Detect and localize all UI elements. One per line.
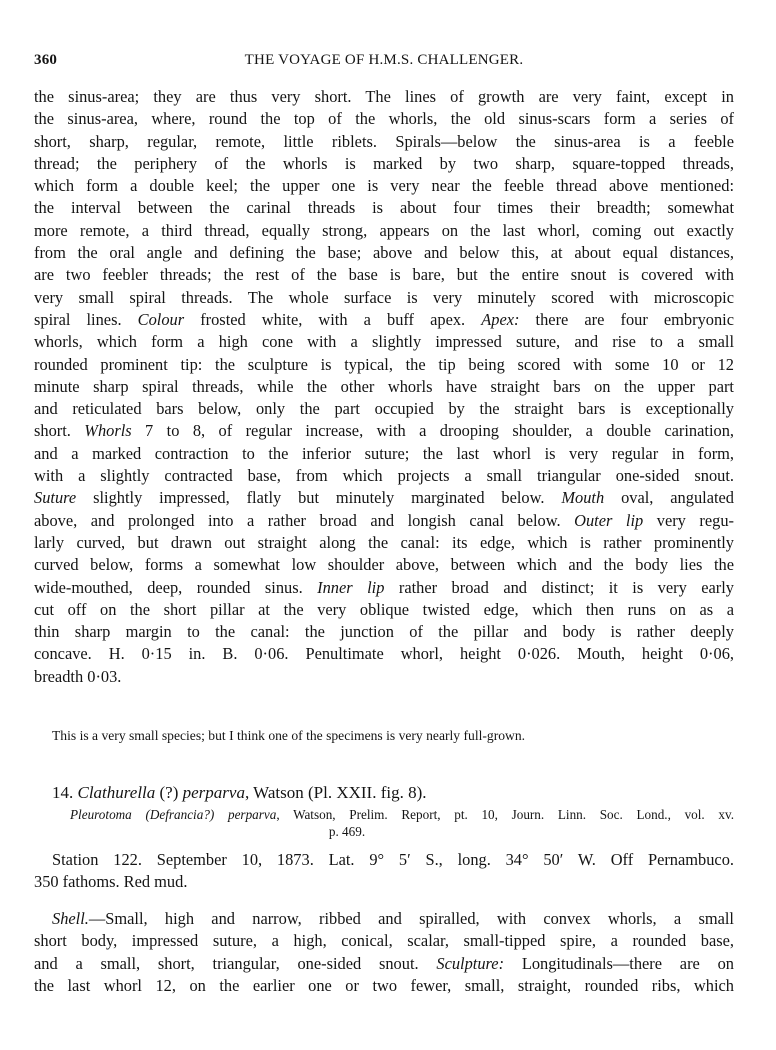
text-line: wide-mouthed, deep, rounded sinus. Inner… — [34, 577, 734, 599]
synonym-line: Pleurotoma (Defrancia?) perparva, Watson… — [70, 806, 734, 823]
synonym-epithet: perparva — [228, 807, 276, 822]
term-outer-lip: Outer lip — [574, 511, 643, 530]
text-line: short body, impressed suture, a high, co… — [34, 930, 734, 952]
term-whorls: Whorls — [84, 421, 131, 440]
text-line: thread; the periphery of the whorls is m… — [34, 153, 734, 175]
text-line: breadth 0·03. — [34, 666, 734, 688]
synonym-genus: Pleurotoma — [70, 807, 132, 822]
text-line: very small spiral threads. The whole sur… — [34, 287, 734, 309]
text-line: short. Whorls 7 to 8, of regular increas… — [34, 420, 734, 442]
text-line: cut off on the short pillar at the very … — [34, 599, 734, 621]
station-line-1: Station 122. September 10, 1873. Lat. 9°… — [34, 849, 734, 871]
running-head: 360 THE VOYAGE OF H.M.S. CHALLENGER. — [34, 52, 734, 72]
text-run: frosted white, with a buff apex. — [184, 310, 481, 329]
text-run: —Small, high and narrow, ribbed and spir… — [89, 909, 734, 928]
term-colour: Colour — [138, 310, 184, 329]
page-number: 360 — [34, 52, 57, 69]
text-run: spiral lines. — [34, 310, 138, 329]
text-line: and reticulated bars below, only the par… — [34, 398, 734, 420]
synonym-page: p. 469. — [70, 823, 624, 840]
species-authority: , Watson (Pl. XXII. fig. 8). — [245, 783, 427, 802]
term-inner-lip: Inner lip — [317, 578, 384, 597]
species-query: (?) — [155, 783, 182, 802]
text-line: spiral lines. Colour frosted white, with… — [34, 309, 734, 331]
text-run: oval, angulated — [604, 488, 734, 507]
text-line: which form a double keel; the upper one … — [34, 175, 734, 197]
description-paragraph: the sinus-area; they are thus very short… — [34, 86, 734, 688]
species-epithet: perparva — [183, 783, 245, 802]
document-page: 360 THE VOYAGE OF H.M.S. CHALLENGER. the… — [0, 0, 776, 1050]
text-line: larly curved, but drawn out straight alo… — [34, 532, 734, 554]
text-run: Longitudinals—there are on — [504, 954, 734, 973]
text-run: 7 to 8, of regular increase, with a droo… — [132, 421, 734, 440]
text-line: short, sharp, regular, remote, little ri… — [34, 131, 734, 153]
running-title: THE VOYAGE OF H.M.S. CHALLENGER. — [194, 52, 574, 69]
term-sculpture: Sculpture: — [436, 954, 504, 973]
text-run: slightly impressed, flatly but minutely … — [76, 488, 561, 507]
text-run: rather broad and distinct; it is very ea… — [384, 578, 734, 597]
term-mouth: Mouth — [561, 488, 604, 507]
text-line: Shell.—Small, high and narrow, ribbed an… — [34, 908, 734, 930]
text-line: more remote, a third thread, equally str… — [34, 220, 734, 242]
text-line: concave. H. 0·15 in. B. 0·06. Penultimat… — [34, 643, 734, 665]
text-run: very regu- — [643, 511, 734, 530]
term-suture: Suture — [34, 488, 76, 507]
text-run: there are four embryonic — [519, 310, 734, 329]
text-line: the sinus-area; they are thus very short… — [34, 86, 734, 108]
remark-note: This is a very small species; but I thin… — [52, 727, 682, 745]
station-record: Station 122. September 10, 1873. Lat. 9°… — [34, 849, 734, 894]
shell-description: Shell.—Small, high and narrow, ribbed an… — [34, 908, 734, 997]
text-line: are two feebler threads; the rest of the… — [34, 264, 734, 286]
text-run: and a small, short, triangular, one-side… — [34, 954, 436, 973]
text-run: short. — [34, 421, 84, 440]
text-line: whorls, which form a high cone with a sl… — [34, 331, 734, 353]
species-genus: Clathurella — [78, 783, 156, 802]
synonym-citation: , Watson, Prelim. Report, pt. 10, Journ.… — [276, 807, 734, 822]
species-heading: 14. Clathurella (?) perparva, Watson (Pl… — [52, 782, 427, 804]
text-line: rounded prominent tip: the sculpture is … — [34, 354, 734, 376]
species-number: 14. — [52, 783, 73, 802]
text-line: and a marked contraction to the inferior… — [34, 443, 734, 465]
text-line: curved below, forms a somewhat low shoul… — [34, 554, 734, 576]
text-line: above, and prolonged into a rather broad… — [34, 510, 734, 532]
station-line-2: 350 fathoms. Red mud. — [34, 871, 734, 893]
text-line: thin sharp margin to the canal: the junc… — [34, 621, 734, 643]
text-line: the interval between the carinal threads… — [34, 197, 734, 219]
term-apex: Apex: — [481, 310, 519, 329]
text-run: wide-mouthed, deep, rounded sinus. — [34, 578, 317, 597]
text-run: above, and prolonged into a rather broad… — [34, 511, 574, 530]
text-line: from the oral angle and defining the bas… — [34, 242, 734, 264]
text-line: minute sharp spiral threads, while the o… — [34, 376, 734, 398]
text-line: the sinus-area, where, round the top of … — [34, 108, 734, 130]
text-line: the last whorl 12, on the earlier one or… — [34, 975, 734, 997]
text-line: Suture slightly impressed, flatly but mi… — [34, 487, 734, 509]
term-shell: Shell. — [52, 909, 89, 928]
text-line: and a small, short, triangular, one-side… — [34, 953, 734, 975]
synonym-subgenus: (Defrancia?) — [145, 807, 214, 822]
synonymy-reference: Pleurotoma (Defrancia?) perparva, Watson… — [70, 806, 734, 840]
text-line: with a slightly contracted base, from wh… — [34, 465, 734, 487]
